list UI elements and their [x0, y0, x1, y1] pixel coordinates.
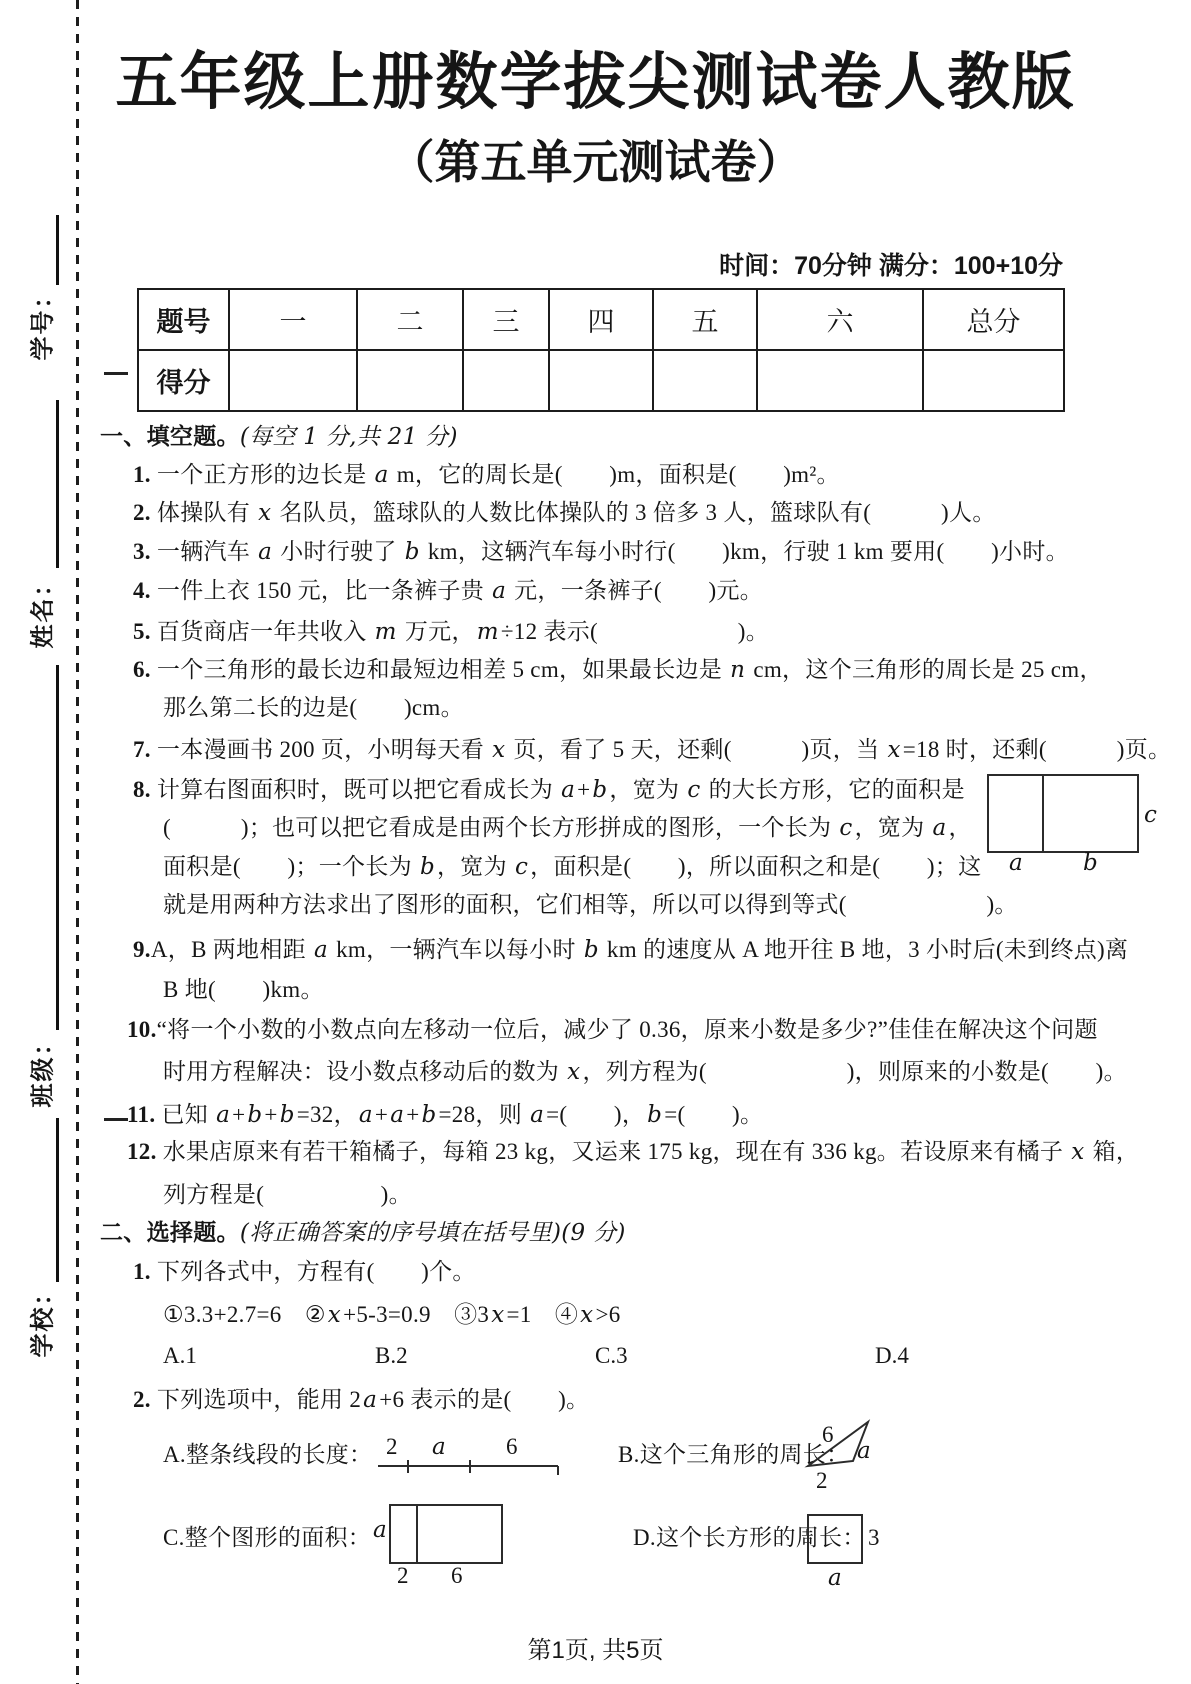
score-table: 题号 一 二 三 四 五 六 总分 得分 [137, 288, 1065, 412]
fill-blank-q5: 5. 百货商店一年共收入 m 万元，m÷12 表示( )。 [133, 617, 769, 647]
segment-label-a: a [432, 1434, 446, 1460]
fill-blank-q10-line1: 10.“将一个小数的小数点向左移动一位后，减少了 0.36，原来小数是多少?”佳… [127, 1015, 1098, 1045]
triangle-label-6: 6 [822, 1422, 834, 1447]
choice-q2: 2. 下列选项中，能用 2a+6 表示的是( )。 [133, 1385, 589, 1415]
split-rectangle-shape [390, 1505, 502, 1563]
fill-blank-q4: 4. 一件上衣 150 元，比一条裤子贵 a 元，一条裤子( )元。 [133, 576, 763, 606]
fill-blank-q6-line2: 那么第二长的边是( )cm。 [163, 693, 464, 723]
test-paper-page: 学号： 姓名： 班级： 学校： 五年级上册数学拔尖测试卷人教版 （第五单元测试卷… [0, 0, 1191, 1684]
total-score-header: 总分 [923, 289, 1064, 350]
dashed-cut-line [76, 0, 79, 1684]
fill-blank-q6-line1: 6. 一个三角形的最长边和最短边相差 5 cm，如果最长边是 n cm，这个三角… [133, 655, 1103, 685]
score-table-header-row: 题号 一 二 三 四 五 六 总分 [138, 289, 1064, 350]
class-label: 班级： [23, 1029, 58, 1109]
choice-q2-option-c-label: C.整个图形的面积： [163, 1523, 371, 1553]
time-score-info: 时间：70分钟 满分：100+10分 [719, 246, 1063, 282]
page-subtitle: （第五单元测试卷） [0, 126, 1191, 192]
fill-blank-q9-line1: 9.A，B 两地相距 a km，一辆汽车以每小时 b km 的速度从 A 地开往… [133, 935, 1128, 965]
question-number-header: 题号 [138, 289, 229, 350]
split-rect-label-2: 2 [397, 1563, 409, 1588]
fill-blank-q8-line4: 就是用两种方法求出了图形的面积，它们相等，所以可以得到等式( )。 [163, 890, 1018, 920]
split-rect-label-6: 6 [451, 1563, 463, 1588]
fill-blank-q3: 3. 一辆汽车 a 小时行驶了 b km，这辆汽车每小时行( )km，行驶 1 … [133, 537, 1069, 567]
school-label: 学校： [23, 1279, 58, 1359]
triangle-label-a: a [857, 1438, 871, 1464]
registration-tick [104, 372, 128, 375]
col-header-3: 三 [463, 289, 549, 350]
score-cell [463, 350, 549, 411]
col-header-6: 六 [757, 289, 923, 350]
col-header-4: 四 [549, 289, 653, 350]
col-header-2: 二 [357, 289, 463, 350]
line-segment-figure: 2 a 6 [373, 1428, 568, 1476]
split-rectangle-figure: a 2 6 [355, 1493, 515, 1585]
student-id-label: 学号： [23, 282, 58, 362]
choice-q2-option-a-label: A.整条线段的长度： [163, 1440, 372, 1470]
name-label: 姓名： [23, 570, 58, 650]
split-rect-label-a: a [373, 1517, 387, 1543]
score-cell [757, 350, 923, 411]
fill-blank-q9-line2: B 地( )km。 [163, 975, 324, 1005]
registration-tick [104, 1118, 128, 1121]
triangle-label-2: 2 [816, 1468, 828, 1493]
segment-label-6: 6 [506, 1434, 518, 1459]
fill-blank-q10-line2: 时用方程解决：设小数点移动后的数为 x，列方程为( )，则原来的小数是( )。 [163, 1057, 1127, 1087]
fill-blank-q11: 11. 已知 a+b+b=32，a+a+b=28，则 a=( )，b=( )。 [127, 1100, 763, 1130]
q8-label-c: c [1144, 802, 1157, 828]
choice-q1-option-b: B.2 [375, 1343, 408, 1369]
rect-label-3: 3 [868, 1525, 880, 1550]
page-number: 第1页, 共5页 [0, 1630, 1191, 1665]
q8-rectangle-figure: c a b [983, 766, 1168, 874]
fill-blank-q12-line2: 列方程是( )。 [163, 1180, 412, 1210]
score-cell [653, 350, 757, 411]
score-table-score-row: 得分 [138, 350, 1064, 411]
fill-blank-q8-line2: ( )；也可以把它看成是由两个长方形拼成的图形，一个长为 c，宽为 a， [163, 813, 972, 843]
school-blank-line [56, 1118, 59, 1282]
choice-q1: 1. 下列各式中，方程有( )个。 [133, 1257, 476, 1287]
fill-blank-q8-line3: 面积是( )；一个长为 b，宽为 c，面积是( )，所以面积之和是( )；这 [163, 852, 981, 882]
section-1-heading: 一、填空题。(每空 1 分,共 21 分) [100, 422, 458, 452]
score-cell [923, 350, 1064, 411]
score-cell [357, 350, 463, 411]
rectangle-shape [808, 1515, 862, 1563]
rect-label-a: a [828, 1565, 842, 1591]
fill-blank-q8-line1: 8. 计算右图面积时，既可以把它看成长为 a+b，宽为 c 的大长方形，它的面积… [133, 775, 965, 805]
fill-blank-q2: 2. 体操队有 x 名队员，篮球队的人数比体操队的 3 倍多 3 人，篮球队有(… [133, 498, 996, 528]
choice-q1-equations: ①3.3+2.7=6 ②x+5-3=0.9 ③3x=1 ④x>6 [163, 1300, 621, 1330]
fill-blank-q1: 1. 一个正方形的边长是 a m，它的周长是( )m，面积是( )m²。 [133, 460, 840, 490]
col-header-1: 一 [229, 289, 357, 350]
choice-q1-option-c: C.3 [595, 1343, 628, 1369]
q8-label-a: a [1009, 850, 1023, 876]
name-blank-line [56, 400, 59, 568]
score-cell [549, 350, 653, 411]
student-id-blank-line [56, 215, 59, 285]
q8-rectangle-shape [988, 775, 1138, 852]
choice-q1-option-a: A.1 [163, 1343, 197, 1369]
q8-label-b: b [1083, 850, 1098, 876]
fill-blank-q12-line1: 12. 水果店原来有若干箱橘子，每箱 23 kg，又运来 175 kg，现在有 … [127, 1137, 1139, 1167]
score-row-label: 得分 [138, 350, 229, 411]
score-cell [229, 350, 357, 411]
segment-label-2: 2 [386, 1434, 398, 1459]
page-title: 五年级上册数学拔尖测试卷人教版 [0, 32, 1191, 121]
fill-blank-q7: 7. 一本漫画书 200 页，小明每天看 x 页，看了 5 天，还剩( )页，当… [133, 735, 1171, 765]
class-blank-line [56, 665, 59, 1030]
rectangle-figure: 3 a [798, 1503, 903, 1591]
triangle-figure: 6 a 2 [800, 1412, 878, 1490]
section-2-heading: 二、选择题。(将正确答案的序号填在括号里)(9 分) [100, 1218, 626, 1248]
choice-q1-option-d: D.4 [875, 1343, 909, 1369]
col-header-5: 五 [653, 289, 757, 350]
